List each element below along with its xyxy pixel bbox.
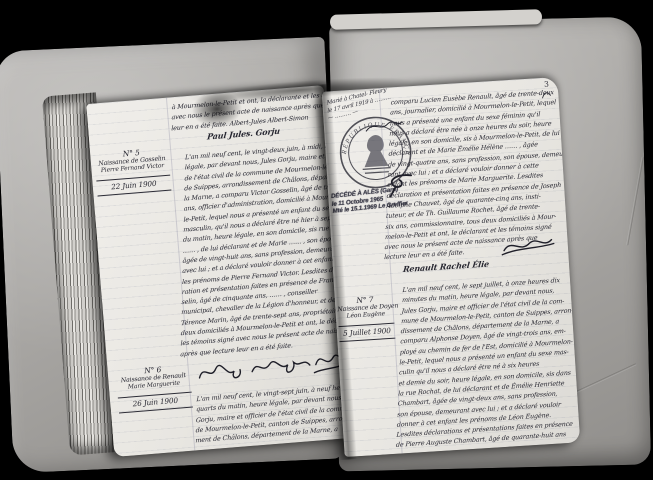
margin-note-act6: N° 6 Naissance de Renault Marie Margueri… [115, 363, 192, 414]
act7-body: L'an mil neuf cent, le sept juillet, à o… [396, 274, 579, 451]
mayor-signature-flourish-icon [499, 233, 556, 256]
scanned-register-photo: à Mourmelon-le-Petit et ont, la déclaran… [0, 0, 653, 480]
act6-body-start: L'an mil neuf cent, le vingt-sept juin, … [195, 380, 352, 446]
margin-note-act5: N° 5 Naissance de Gosselin Pierre Fernan… [94, 146, 171, 197]
page-right: 3 Marié à Chatel- Fleuryle 17 avril 1919… [322, 77, 581, 457]
act-date: 22 Juin 1900 [96, 175, 171, 197]
page-left: à Mourmelon-le-Petit et ont, la déclaran… [86, 85, 352, 457]
act-date: 26 Juin 1900 [118, 392, 193, 414]
